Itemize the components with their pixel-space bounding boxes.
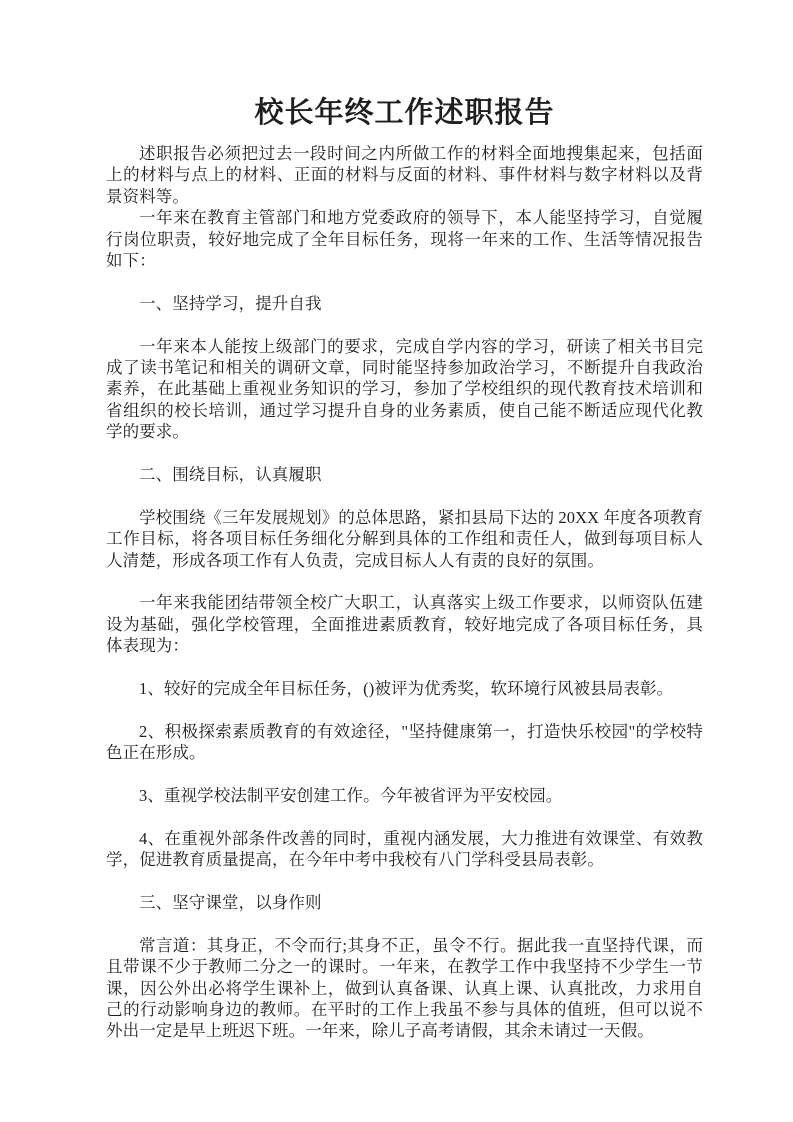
section-heading: 二、围绕目标，认真履职 — [106, 464, 703, 485]
paragraph: 一年来我能团结带领全校广大职工，认真落实上级工作要求，以师资队伍建设为基础，强化… — [106, 592, 703, 656]
paragraph: 常言道：其身正，不令而行;其身不正，虽令不行。据此我一直坚持代课，而且带课不少于… — [106, 935, 703, 1042]
section-heading: 三、坚守课堂，以身作则 — [106, 892, 703, 913]
list-item: 4、在重视外部条件改善的同时，重视内涵发展，大力推进有效课堂、有效教学，促进教育… — [106, 828, 703, 871]
section-heading: 一、坚持学习，提升自我 — [106, 293, 703, 314]
list-item: 3、重视学校法制平安创建工作。今年被省评为平安校园。 — [106, 785, 703, 806]
list-item: 1、较好的完成全年目标任务，()被评为优秀奖，软环境行风被县局表彰。 — [106, 678, 703, 699]
paragraph: 一年来本人能按上级部门的要求，完成自学内容的学习，研读了相关书目完成了读书笔记和… — [106, 336, 703, 443]
list-item: 2、积极探索素质教育的有效途径，"坚持健康第一，打造快乐校园"的学校特色正在形成… — [106, 721, 703, 764]
paragraph: 一年来在教育主管部门和地方党委政府的领导下，本人能坚持学习，自觉履行岗位职责，较… — [106, 207, 703, 271]
document-page: 校长年终工作述职报告 述职报告必须把过去一段时间之内所做工作的材料全面地搜集起来… — [0, 0, 793, 1122]
paragraph: 学校围绕《三年发展规划》的总体思路，紧扣县局下达的 20XX 年度各项教育工作目… — [106, 507, 703, 571]
document-title: 校长年终工作述职报告 — [106, 94, 703, 132]
paragraph: 述职报告必须把过去一段时间之内所做工作的材料全面地搜集起来，包括面上的材料与点上… — [106, 143, 703, 207]
